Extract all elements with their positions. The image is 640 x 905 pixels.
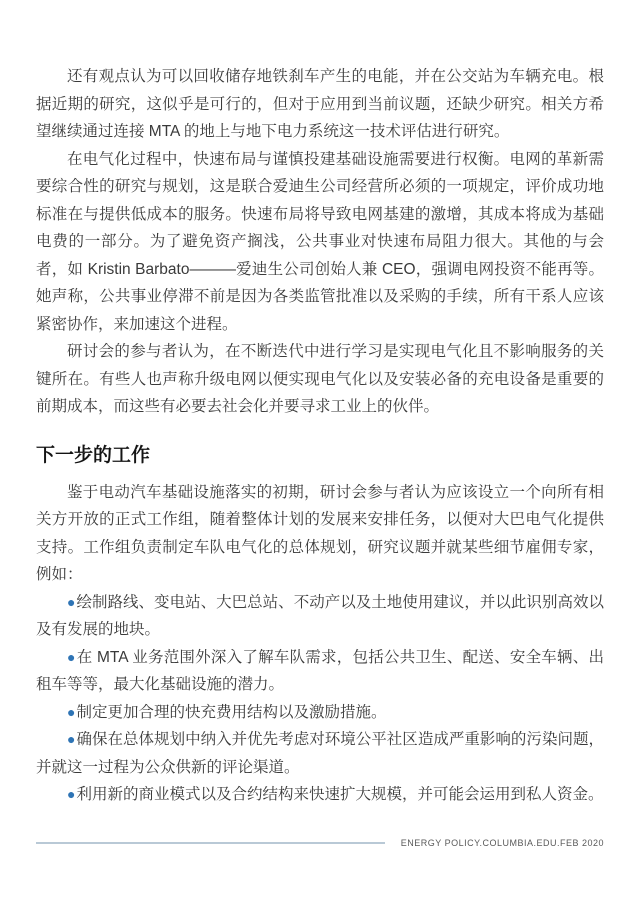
bullet-icon: ● [67, 786, 75, 802]
list-item: ●绘制路线、变电站、大巴总站、不动产以及土地使用建议，并以此识别高效以及有发展的… [36, 589, 604, 644]
bullet-icon: ● [67, 649, 76, 665]
footer-divider [36, 842, 385, 844]
bullet-icon: ● [67, 594, 75, 610]
section-heading: 下一步的工作 [36, 443, 604, 469]
page-footer: ENERGY POLICY.COLUMBIA.EDU.FEB 2020 [36, 838, 604, 848]
list-item: ●利用新的商业模式以及合约结构来快速扩大规模，并可能会运用到私人资金。 [36, 781, 604, 809]
list-item-text: 制定更加合理的快充费用结构以及激励措施。 [76, 704, 386, 721]
page-content: 还有观点认为可以回收储存地铁刹车产生的电能，并在公交站为车辆充电。根据近期的研究… [36, 63, 604, 809]
bullet-list: ●绘制路线、变电站、大巴总站、不动产以及土地使用建议，并以此识别高效以及有发展的… [36, 589, 604, 809]
list-item: ●在 MTA 业务范围外深入了解车队需求，包括公共卫生、配送、安全车辆、出租车等… [36, 644, 604, 699]
body-paragraph: 还有观点认为可以回收储存地铁刹车产生的电能，并在公交站为车辆充电。根据近期的研究… [36, 63, 604, 146]
body-paragraph: 在电气化过程中，快速布局与谨慎投建基础设施需要进行权衡。电网的革新需要综合性的研… [36, 146, 604, 339]
body-paragraph: 研讨会的参与者认为，在不断迭代中进行学习是实现电气化且不影响服务的关键所在。有些… [36, 338, 604, 421]
list-item-text: 绘制路线、变电站、大巴总站、不动产以及土地使用建议，并以此识别高效以及有发展的地… [36, 594, 604, 639]
section-intro-paragraph: 鉴于电动汽车基础设施落实的初期，研讨会参与者认为应该设立一个向所有相关方开放的正… [36, 479, 604, 589]
list-item: ●制定更加合理的快充费用结构以及激励措施。 [36, 699, 604, 727]
list-item-text: 在 MTA 业务范围外深入了解车队需求，包括公共卫生、配送、安全车辆、出租车等等… [36, 649, 604, 694]
list-item-text: 确保在总体规划中纳入并优先考虑对环境公平社区造成严重影响的污染问题，并就这一过程… [36, 731, 604, 776]
bullet-icon: ● [67, 704, 75, 720]
footer-text: ENERGY POLICY.COLUMBIA.EDU.FEB 2020 [401, 838, 604, 848]
list-item: ●确保在总体规划中纳入并优先考虑对环境公平社区造成严重影响的污染问题，并就这一过… [36, 726, 604, 781]
list-item-text: 利用新的商业模式以及合约结构来快速扩大规模，并可能会运用到私人资金。 [76, 786, 603, 803]
document-page: 还有观点认为可以回收储存地铁刹车产生的电能，并在公交站为车辆充电。根据近期的研究… [0, 0, 640, 905]
bullet-icon: ● [67, 731, 75, 747]
